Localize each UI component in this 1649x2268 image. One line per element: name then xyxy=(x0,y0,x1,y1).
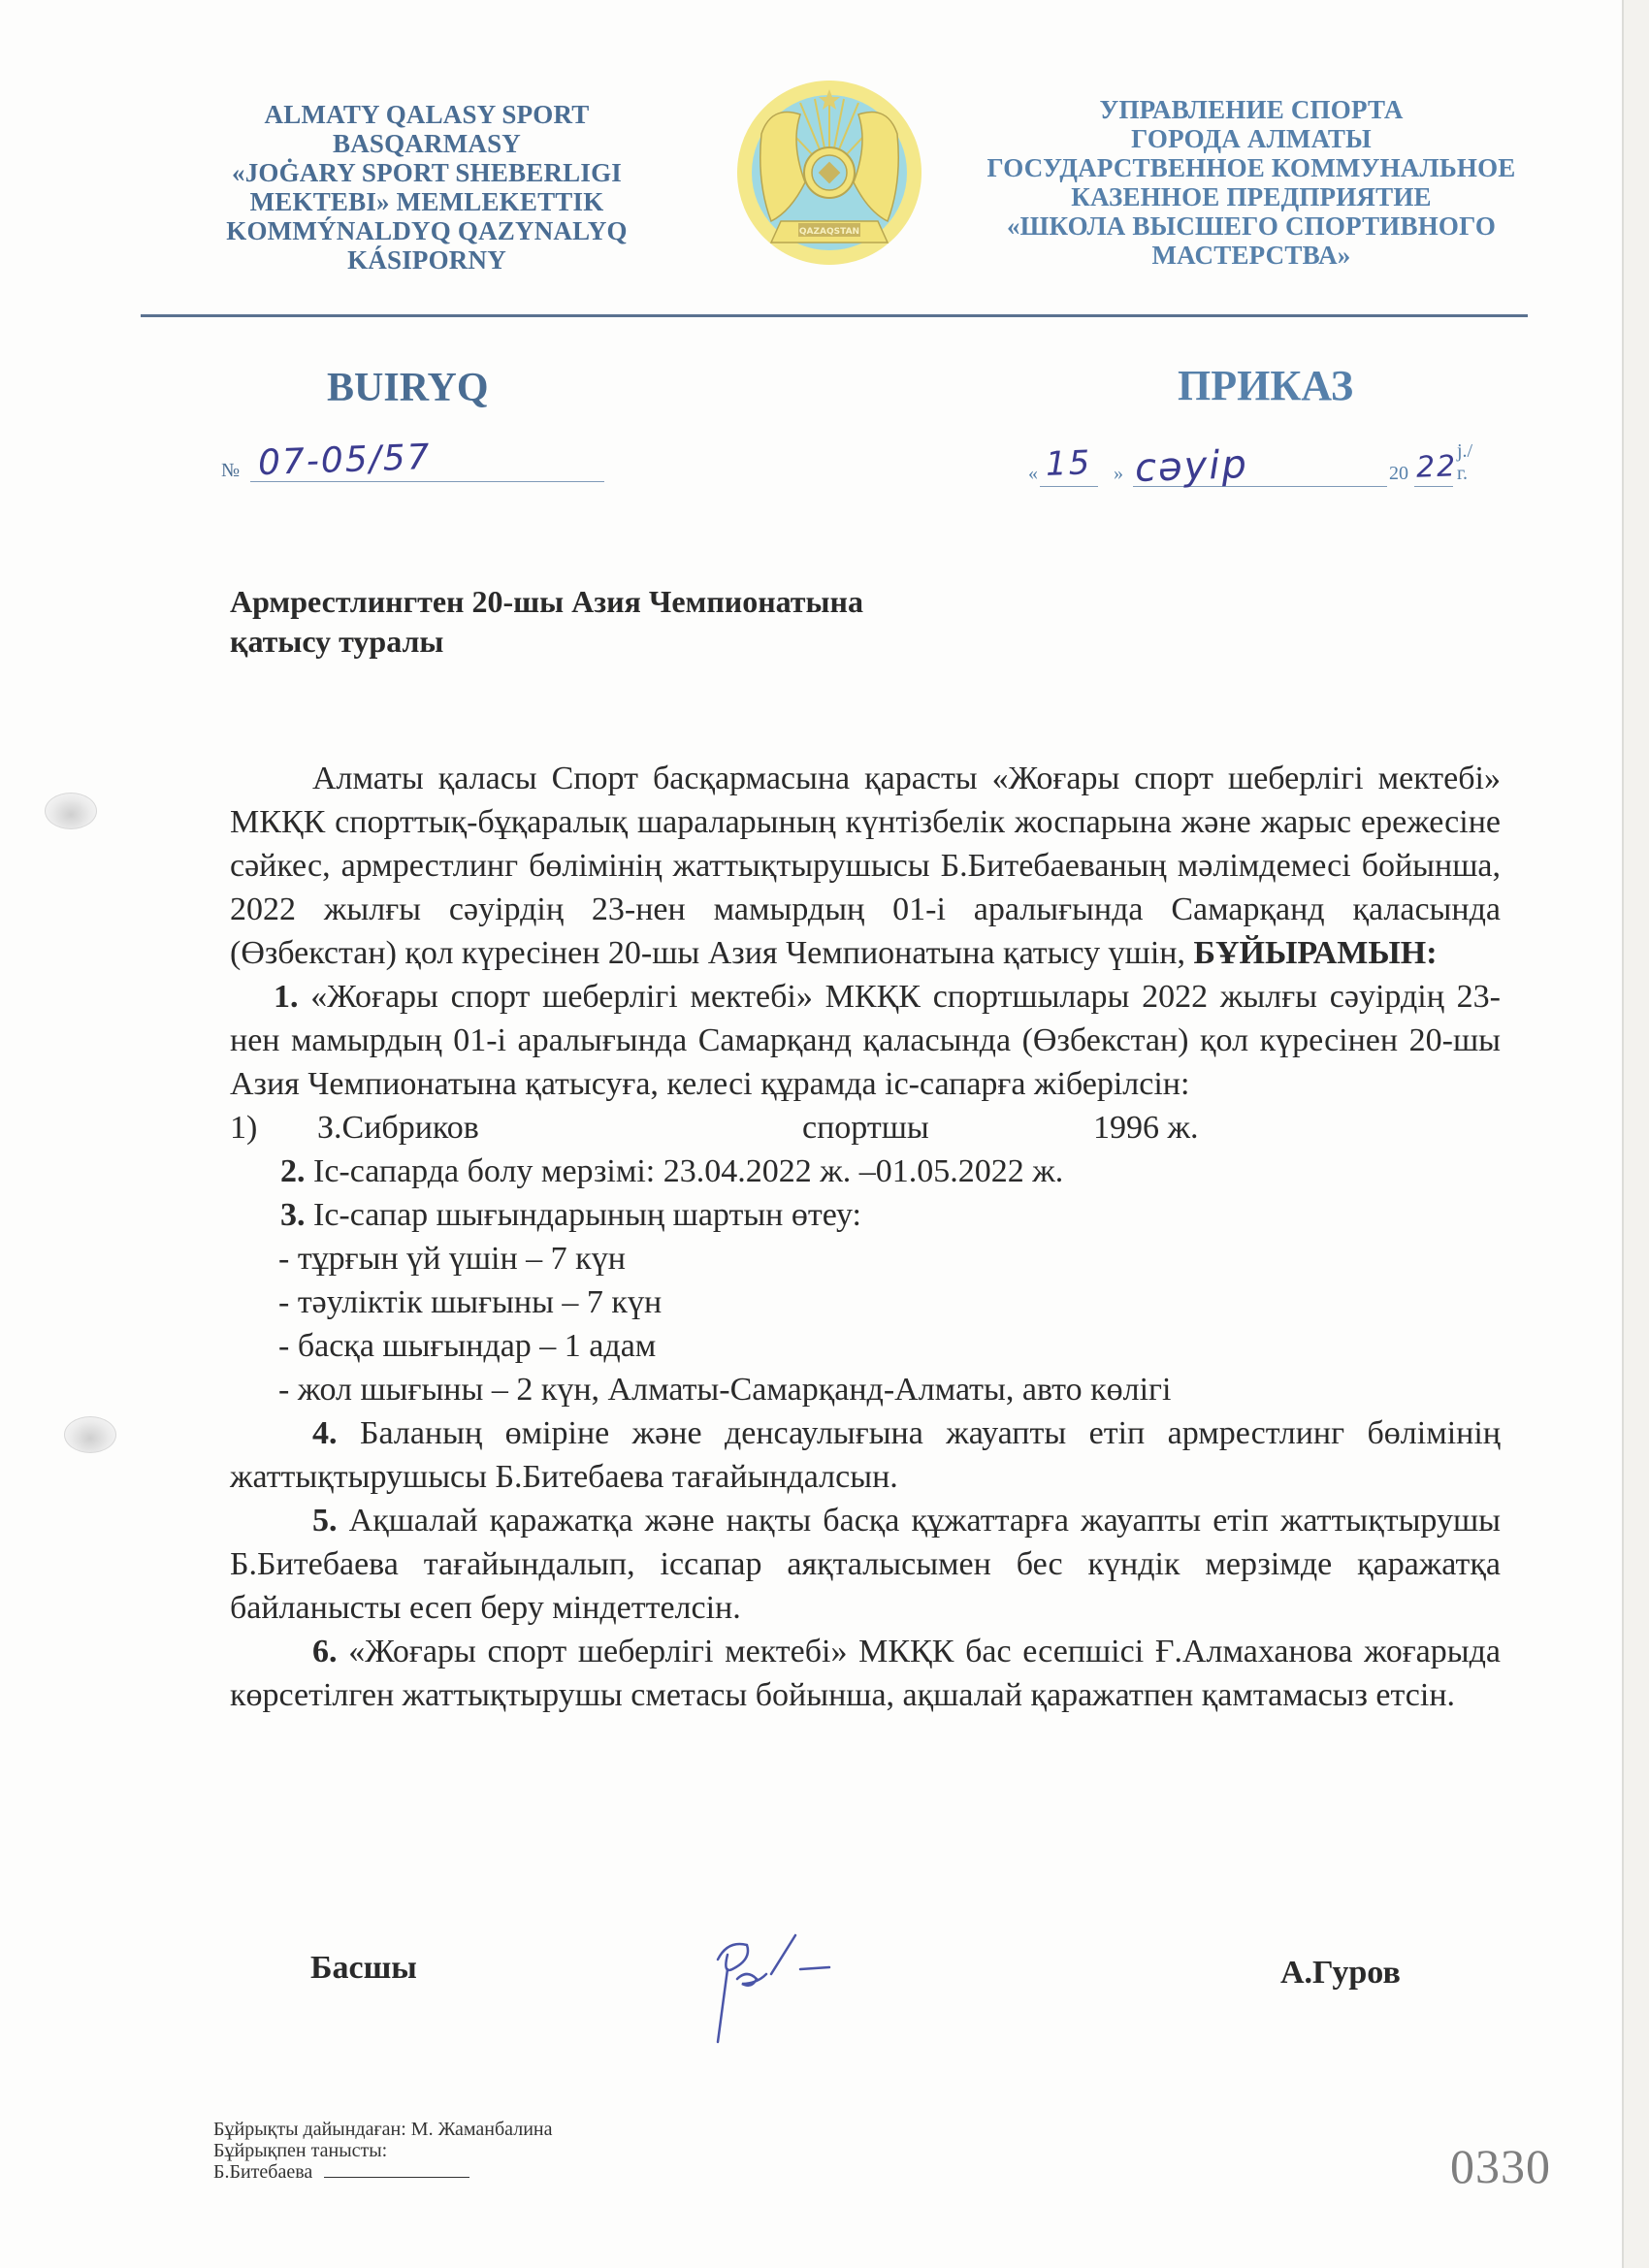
item-text: Іс-сапарда болу мерзімі: 23.04.2022 ж. –… xyxy=(313,1153,1063,1189)
item-number: 4. xyxy=(312,1415,338,1451)
acknowledger-name: Б.Битебаева xyxy=(213,2161,312,2183)
signatory-title: Басшы xyxy=(310,1950,417,1987)
participant-row: 1) З.Сибриков спортшы 1996 ж. xyxy=(230,1106,1501,1150)
order-body: Алматы қаласы Спорт басқармасына қарасты… xyxy=(230,757,1501,1717)
item-text: Іс-сапар шығындарының шартын өтеу: xyxy=(313,1197,861,1233)
date-year-prefix: 20 xyxy=(1389,463,1408,485)
participant-role: спортшы xyxy=(802,1106,929,1150)
date-close-quote: » xyxy=(1114,463,1123,485)
participant-index: 1) xyxy=(230,1106,257,1150)
handwritten-signature-icon xyxy=(698,1930,873,2047)
date-open-quote: « xyxy=(1028,463,1038,485)
order-number-field: № 07-05/57 xyxy=(221,441,604,490)
org-line: «JOĠARY SPORT SHEBERLIGI xyxy=(194,158,660,187)
order-subject: Армрестлингтен 20-шы Азия Чемпионатына қ… xyxy=(230,582,863,662)
org-line: ГОСУДАРСТВЕННОЕ КОММУНАЛЬНОЕ xyxy=(960,153,1542,182)
signatory-name: А.Гуров xyxy=(1280,1955,1401,1992)
acknowledger-row: Б.Битебаева xyxy=(213,2161,552,2183)
order-word: БҰЙЫРАМЫН: xyxy=(1193,935,1437,971)
item-number: 3. xyxy=(280,1197,306,1233)
org-line: «ШКОЛА ВЫСШЕГО СПОРТИВНОГО xyxy=(960,211,1542,241)
org-line: KOMMÝNALDYQ QAZYNALYQ xyxy=(194,216,660,245)
item-number: 5. xyxy=(312,1503,338,1539)
org-header-russian: УПРАВЛЕНИЕ СПОРТА ГОРОДА АЛМАТЫ ГОСУДАРС… xyxy=(960,95,1542,270)
number-prefix: № xyxy=(221,460,240,482)
punch-hole-bottom xyxy=(64,1416,116,1453)
date-day: 15 xyxy=(1045,443,1092,484)
item-number: 2. xyxy=(280,1153,306,1189)
page-stamp-number: 0330 xyxy=(1450,2138,1551,2194)
acknowledger-signature-line xyxy=(324,2161,469,2178)
svg-text:QAZAQSTAN: QAZAQSTAN xyxy=(799,227,859,237)
intro-paragraph: Алматы қаласы Спорт басқармасына қарасты… xyxy=(230,757,1501,975)
document-page: ALMATY QALASY SPORT BASQARMASY «JOĠARY S… xyxy=(0,0,1622,2268)
participant-birth-year: 1996 ж. xyxy=(1093,1106,1199,1150)
order-number: 07-05/57 xyxy=(257,437,432,483)
footer-notes: Бұйрықты дайындаған: М. Жаманбалина Бұйр… xyxy=(213,2119,552,2183)
item-5: 5. Ақшалай қаражатқа және нақты басқа құ… xyxy=(230,1499,1501,1630)
org-line: KÁSIPORNY xyxy=(194,245,660,275)
date-suffix: j./г. xyxy=(1457,440,1472,485)
header-divider xyxy=(141,314,1528,317)
kazakhstan-emblem-icon: QAZAQSTAN xyxy=(732,76,926,270)
subject-line: қатысу туралы xyxy=(230,622,863,662)
org-line: КАЗЕННОЕ ПРЕДПРИЯТИЕ xyxy=(960,182,1542,211)
signature-block: Басшы А.Гуров xyxy=(310,1950,1426,2027)
acknowledged-label: Бұйрықпен танысты: xyxy=(213,2140,552,2161)
expense-item: - жол шығыны – 2 күн, Алматы-Самарқанд-А… xyxy=(278,1368,1501,1411)
participant-name: З.Сибриков xyxy=(317,1106,479,1150)
org-header-kazakh: ALMATY QALASY SPORT BASQARMASY «JOĠARY S… xyxy=(194,100,660,275)
date-month: сәуір xyxy=(1134,442,1248,491)
item-text: «Жоғары спорт шеберлігі мектебі» МКҚК ба… xyxy=(230,1634,1501,1713)
prepared-by: Бұйрықты дайындаған: М. Жаманбалина xyxy=(213,2119,552,2140)
item-2: 2. Іс-сапарда болу мерзімі: 23.04.2022 ж… xyxy=(230,1150,1501,1193)
day-underline xyxy=(1040,486,1098,487)
item-text: Баланың өміріне және денсаулығына жауапт… xyxy=(230,1415,1501,1495)
order-title-kazakh: BUIRYQ xyxy=(327,365,489,411)
expense-item: - тұрғын үй үшін – 7 күн xyxy=(278,1237,1501,1280)
item-text: «Жоғары спорт шеберлігі мектебі» МКҚК сп… xyxy=(230,979,1501,1102)
item-6: 6. «Жоғары спорт шеберлігі мектебі» МКҚК… xyxy=(230,1630,1501,1717)
item-number: 6. xyxy=(312,1634,338,1669)
item-4: 4. Баланың өміріне және денсаулығына жау… xyxy=(230,1411,1501,1499)
org-line: ГОРОДА АЛМАТЫ xyxy=(960,124,1542,153)
org-line: ALMATY QALASY SPORT xyxy=(194,100,660,129)
punch-hole-top xyxy=(45,793,97,829)
order-title-russian: ПРИКАЗ xyxy=(1178,361,1353,410)
year-underline xyxy=(1414,486,1453,487)
expense-item: - тәуліктік шығыны – 7 күн xyxy=(278,1280,1501,1324)
org-line: MEKTEBI» MEMLEKETTIK xyxy=(194,187,660,216)
org-line: УПРАВЛЕНИЕ СПОРТА xyxy=(960,95,1542,124)
date-year-suffix: 22 xyxy=(1415,449,1457,484)
item-text: Ақшалай қаражатқа және нақты басқа құжат… xyxy=(230,1503,1501,1626)
item-1: 1. «Жоғары спорт шеберлігі мектебі» МКҚК… xyxy=(230,975,1501,1106)
expense-item: - басқа шығындар – 1 адам xyxy=(278,1324,1501,1368)
org-line: МАСТЕРСТВА» xyxy=(960,241,1542,270)
order-date-field: « 15 » сәуір 20 22 j./г. xyxy=(1028,441,1465,495)
subject-line: Армрестлингтен 20-шы Азия Чемпионатына xyxy=(230,582,863,622)
page-edge xyxy=(1622,0,1649,2268)
org-line: BASQARMASY xyxy=(194,129,660,158)
item-number: 1. xyxy=(274,979,299,1015)
expense-list: - тұрғын үй үшін – 7 күн - тәуліктік шығ… xyxy=(230,1237,1501,1411)
item-3: 3. Іс-сапар шығындарының шартын өтеу: xyxy=(230,1193,1501,1237)
